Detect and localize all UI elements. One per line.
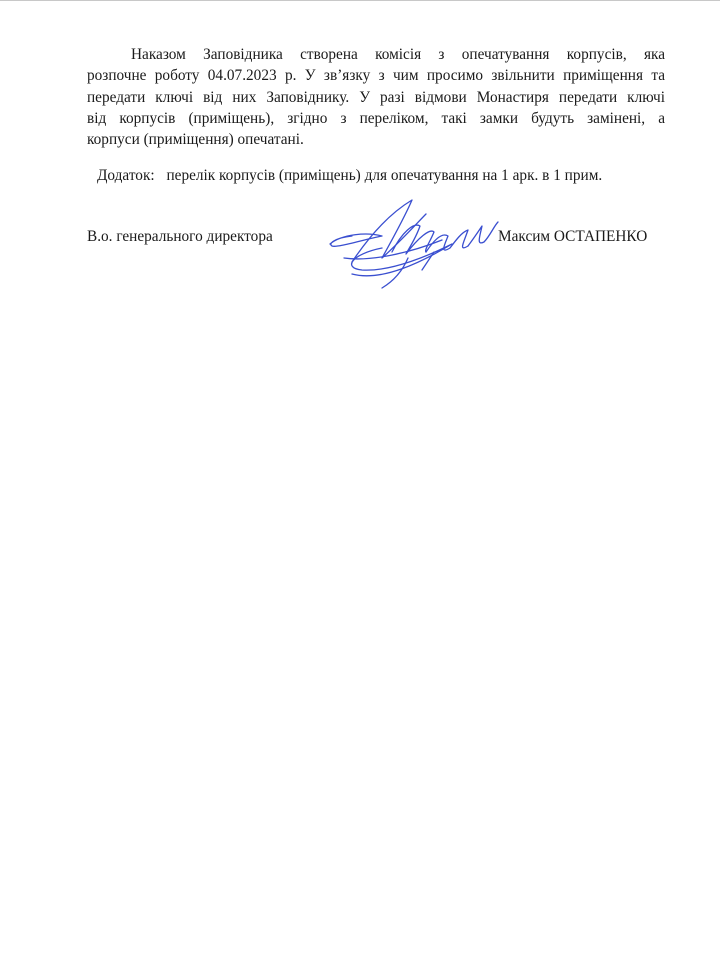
handwritten-signature-icon — [322, 192, 502, 292]
body-line: Наказом Заповідника створена комісія з о… — [87, 44, 665, 65]
attachment-note: Додаток: перелік корпусів (приміщень) дл… — [97, 166, 602, 186]
attachment-text: перелік корпусів (приміщень) для опечату… — [166, 167, 602, 184]
body-line: розпочне роботу 04.07.2023 р. У зв’язку … — [87, 65, 665, 86]
body-line: від корпусів (приміщень), згідно з перел… — [87, 108, 665, 129]
body-line: корпуси (приміщення) опечатані. — [87, 129, 665, 150]
body-line: передати ключі від них Заповіднику. У ра… — [87, 87, 665, 108]
document-page: Наказом Заповідника створена комісія з о… — [0, 0, 720, 955]
signatory-title: В.о. генерального директора — [87, 227, 273, 247]
body-paragraph: Наказом Заповідника створена комісія з о… — [87, 44, 665, 150]
attachment-label: Додаток: — [97, 167, 155, 184]
signatory-name: Максим ОСТАПЕНКО — [498, 227, 647, 247]
